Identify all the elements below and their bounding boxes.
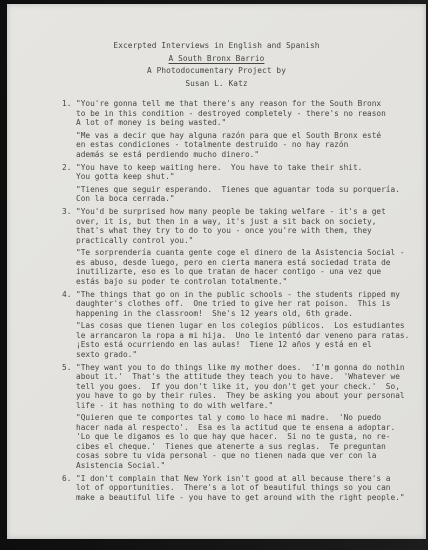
interview-list: 1. "You're gonna tell me that there's an… (7, 99, 426, 502)
item-number: 4. (62, 290, 76, 360)
spanish-quote: "Tienes que seguir esperando. Tienes que… (76, 185, 400, 204)
item-number: 1. (62, 99, 76, 159)
document-title: Excerpted Interviews in English and Span… (7, 40, 426, 53)
english-quote: "You're gonna tell me that there's any r… (76, 99, 386, 128)
spanish-quote: "Te sorprendería cuanta gente coge el di… (76, 248, 405, 286)
spanish-quote: "Me vas a decir que hay alguna razón par… (76, 131, 386, 160)
item-number: 2. (62, 163, 76, 204)
spanish-quote: "Quieren que te comportes tal y como lo … (76, 413, 405, 470)
spanish-quote: "Las cosas que tienen lugar en los coleg… (76, 321, 409, 359)
english-quote: "You have to keep waiting here. You have… (76, 163, 400, 182)
english-quote: "You'd be surprised how many people be t… (76, 207, 405, 245)
item-body: "I don't complain that New York isn't go… (76, 474, 405, 503)
interview-item-3: 3. "You'd be surprised how many people b… (62, 207, 426, 286)
document-project-line: A Photodocumentary Project by (7, 65, 426, 78)
document-subtitle-underlined: A South Bronx Barrio (7, 53, 426, 66)
item-number: 3. (62, 207, 76, 286)
scan-backdrop: Excerpted Interviews in English and Span… (0, 0, 428, 550)
item-body: "You have to keep waiting here. You have… (76, 163, 400, 204)
interview-item-1: 1. "You're gonna tell me that there's an… (62, 99, 426, 159)
english-quote: "They want you to do things like my moth… (76, 363, 405, 411)
interview-item-5: 5. "They want you to do things like my m… (62, 363, 426, 471)
item-body: "The things that go on in the public sch… (76, 290, 409, 360)
document-author: Susan L. Katz (7, 78, 426, 91)
interview-item-2: 2. "You have to keep waiting here. You h… (62, 163, 426, 204)
item-body: "You'd be surprised how many people be t… (76, 207, 405, 286)
item-body: "You're gonna tell me that there's any r… (76, 99, 386, 159)
english-quote: "I don't complain that New York isn't go… (76, 474, 405, 503)
document-header: Excerpted Interviews in English and Span… (7, 4, 426, 90)
english-quote: "The things that go on in the public sch… (76, 290, 409, 319)
item-number: 6. (62, 474, 76, 503)
interview-item-6: 6. "I don't complain that New York isn't… (62, 474, 426, 503)
interview-item-4: 4. "The things that go on in the public … (62, 290, 426, 360)
document-page: Excerpted Interviews in English and Span… (7, 4, 426, 539)
item-body: "They want you to do things like my moth… (76, 363, 405, 471)
item-number: 5. (62, 363, 76, 471)
